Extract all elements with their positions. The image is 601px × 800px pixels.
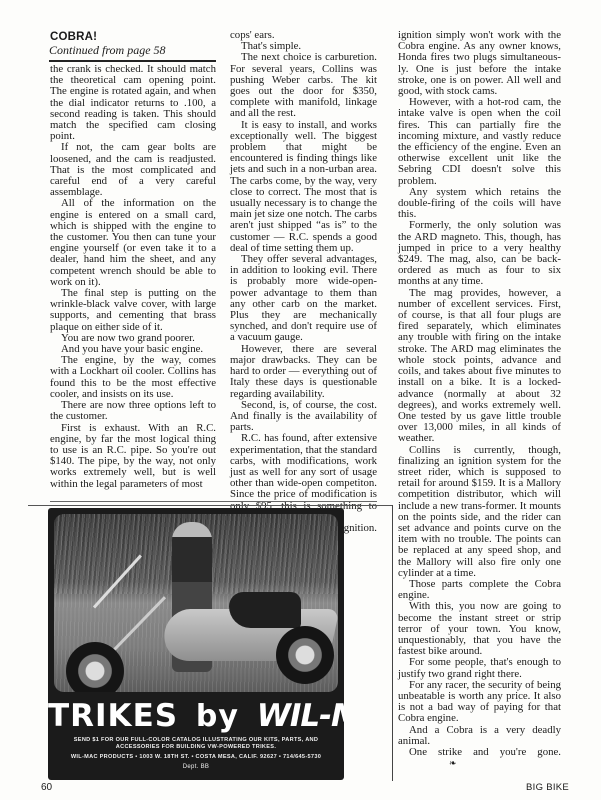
end-of-article-mark-icon: ❧: [438, 758, 457, 769]
photo-rear-wheel: [276, 626, 334, 684]
paragraph: One strike and you're gone.❧: [398, 747, 561, 769]
column-2: cops' ears.That's simple.The next choice…: [230, 30, 377, 545]
ad-headline-by: by: [196, 699, 239, 734]
paragraph: With this, you now are going to become t…: [398, 601, 561, 657]
paragraph: The final step is putting on the wrinkle…: [50, 288, 216, 333]
ad-offer-line-1: SEND $1 FOR OUR FULL-COLOR CATALOG ILLUS…: [48, 737, 344, 743]
ad-frame-right-rule: [392, 505, 393, 781]
paragraph: However, with a hot-rod cam, the intake …: [398, 97, 561, 187]
article-kicker: COBRA!: [50, 31, 97, 43]
paragraph: And a Cobra is a very deadly animal.: [398, 725, 561, 747]
ad-offer-line-2: ACCESSORIES FOR BUILDING VW-POWERED TRIK…: [48, 744, 344, 750]
ad-frame-top: [28, 505, 392, 506]
paragraph: The engine, by the way, comes with a Loc…: [50, 355, 216, 400]
header-rule: [49, 60, 216, 62]
paragraph: The mag provides, however, a number of e…: [398, 288, 561, 445]
paragraph: All of the information on the engine is …: [50, 198, 216, 288]
ad-brand-logo: WIL-MAC: [257, 698, 344, 734]
paragraph: The next choice is carburetion. For seve…: [230, 52, 377, 119]
photo-front-wheel: [66, 642, 124, 692]
paragraph: ignition simply won't work with the Cobr…: [398, 30, 561, 97]
column-bottom-rule: [50, 501, 377, 502]
page-number: 60: [41, 782, 52, 793]
ad-dept-code: Dept. BB: [48, 764, 344, 770]
paragraph: Any system which retains the double-firi…: [398, 187, 561, 221]
ad-headline: TRIKES by WIL-MAC: [48, 698, 344, 734]
magazine-name-footer: BIG BIKE: [526, 782, 569, 793]
paragraph: If not, the cam gear bolts are loosened,…: [50, 142, 216, 198]
paragraph: For any racer, the security of being unb…: [398, 680, 561, 725]
paragraph: There are now three options left to the …: [50, 400, 216, 422]
column-1: the crank is checked. It should match th…: [50, 64, 216, 490]
paragraph: For some people, that's enough to justif…: [398, 657, 561, 679]
paragraph: Those parts complete the Cobra engine.: [398, 579, 561, 601]
magazine-page: COBRA! Continued from page 58 the crank …: [0, 0, 601, 800]
photo-trike-seat: [229, 592, 301, 628]
paragraph: It is easy to install, and works excepti…: [230, 120, 377, 254]
paragraph: However, there are several major drawbac…: [230, 344, 377, 400]
paragraph: Collins is currently, though, finalizing…: [398, 445, 561, 579]
paragraph: Second, is, of course, the cost. And fin…: [230, 400, 377, 434]
paragraph: First is exhaust. With an R.C. engine, b…: [50, 423, 216, 490]
ad-headline-trikes: TRIKES: [48, 698, 178, 734]
continued-from-line: Continued from page 58: [49, 43, 166, 58]
paragraph: the crank is checked. It should match th…: [50, 64, 216, 142]
paragraph: Formerly, the only solution was the ARD …: [398, 220, 561, 287]
paragraph: They offer several advantages, in additi…: [230, 254, 377, 344]
ad-photo-trike: [54, 514, 338, 692]
column-3: ignition simply won't work with the Cobr…: [398, 30, 561, 769]
advertisement-wilmac-trikes: TRIKES by WIL-MAC SEND $1 FOR OUR FULL-C…: [48, 508, 344, 780]
ad-address-line: WIL-MAC PRODUCTS • 1003 W. 18TH ST. • CO…: [48, 754, 344, 760]
